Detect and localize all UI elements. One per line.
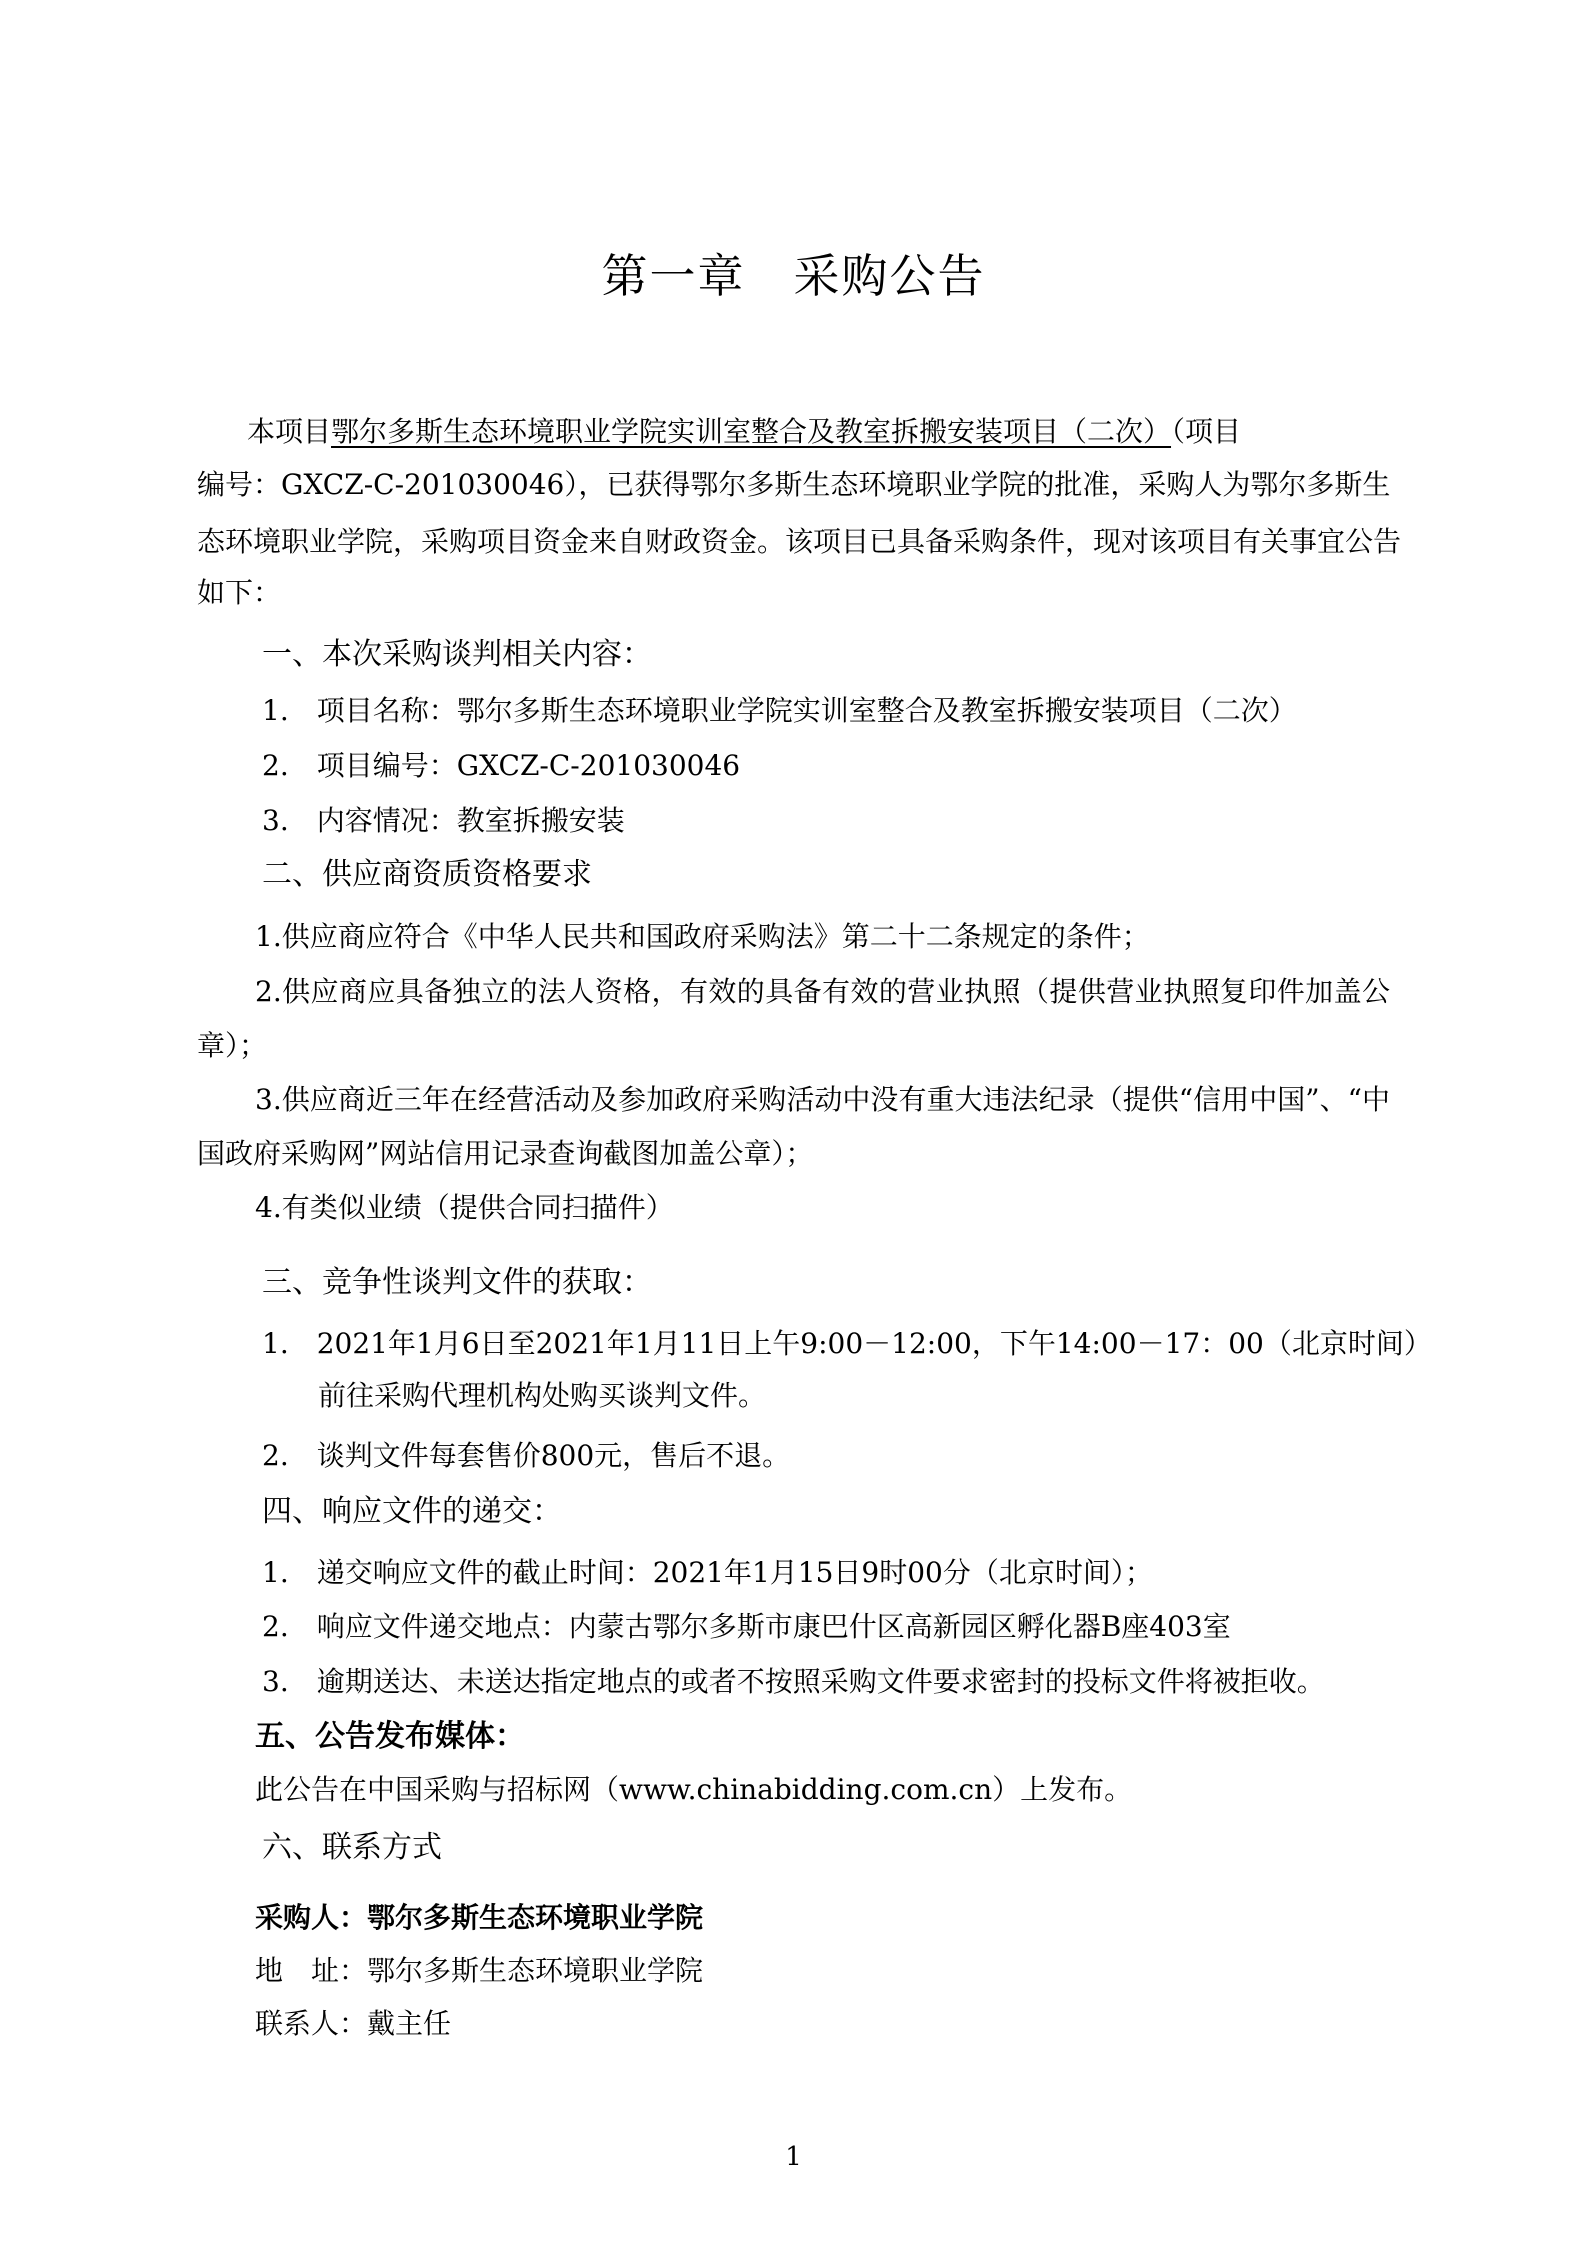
list-item: 3.供应商近三年在经营活动及参加政府采购活动中没有重大违法纪录（提供“信用中国”… <box>255 1083 1390 1117</box>
list-item: 2. 项目编号：GXCZ-C-201030046 <box>262 749 740 783</box>
list-item: 2. 谈判文件每套售价800元，售后不退。 <box>262 1439 790 1473</box>
section-heading-4: 四、响应文件的递交： <box>262 1495 562 1529</box>
project-name-underlined: 鄂尔多斯生态环境职业学院实训室整合及教室拆搬安装项目（二次） <box>331 415 1171 448</box>
list-item: 1. 2021年1月6日至2021年1月11日上午9:00－12:00，下午14… <box>262 1327 1390 1361</box>
intro-line-2: 编号：GXCZ-C-201030046），已获得鄂尔多斯生态环境职业学院的批准，… <box>197 468 1387 502</box>
list-item: 1. 项目名称：鄂尔多斯生态环境职业学院实训室整合及教室拆搬安装项目（二次） <box>262 694 1297 728</box>
list-item: 3. 内容情况：教室拆搬安装 <box>262 804 625 838</box>
section-heading-3: 三、竞争性谈判文件的获取： <box>262 1266 652 1300</box>
list-item: 4.有类似业绩（提供合同扫描件） <box>255 1191 674 1225</box>
list-item: 2. 响应文件递交地点：内蒙古鄂尔多斯市康巴什区高新园区孵化器B座403室 <box>262 1610 1231 1644</box>
page-number: 1 <box>0 2142 1587 2172</box>
intro-line-3: 态环境职业学院，采购项目资金来自财政资金。该项目已具备采购条件，现对该项目有关事… <box>197 525 1387 559</box>
intro-line-1: 本项目鄂尔多斯生态环境职业学院实训室整合及教室拆搬安装项目（二次）（项目 <box>247 415 1241 449</box>
purchaser-line: 采购人：鄂尔多斯生态环境职业学院 <box>255 1901 703 1935</box>
list-item: 3. 逾期送达、未送达指定地点的或者不按照采购文件要求密封的投标文件将被拒收。 <box>262 1665 1325 1699</box>
section-heading-1: 一、本次采购谈判相关内容： <box>262 638 652 672</box>
list-item: 2.供应商应具备独立的法人资格，有效的具备有效的营业执照（提供营业执照复印件加盖… <box>255 975 1390 1009</box>
intro-prefix: 本项目 <box>247 415 331 448</box>
publication-notice: 此公告在中国采购与招标网（www.chinabidding.com.cn）上发布… <box>255 1773 1132 1807</box>
list-item-continuation: 前往采购代理机构处购买谈判文件。 <box>318 1379 766 1413</box>
list-item: 1. 递交响应文件的截止时间：2021年1月15日9时00分（北京时间）； <box>262 1556 1153 1590</box>
intro-line-4: 如下： <box>197 576 281 610</box>
intro-suffix: （项目 <box>1171 415 1241 448</box>
list-item-continuation: 国政府采购网”网站信用记录查询截图加盖公章）； <box>197 1137 813 1171</box>
section-heading-5: 五、公告发布媒体： <box>255 1720 525 1754</box>
section-heading-2: 二、供应商资质资格要求 <box>262 858 592 892</box>
list-item: 1.供应商应符合《中华人民共和国政府采购法》第二十二条规定的条件； <box>255 920 1150 954</box>
list-item-continuation: 章）； <box>197 1029 267 1063</box>
address-line: 地 址：鄂尔多斯生态环境职业学院 <box>255 1954 703 1988</box>
contact-line: 联系人：戴主任 <box>255 2007 451 2041</box>
page-title: 第一章 采购公告 <box>0 248 1587 304</box>
section-heading-6: 六、联系方式 <box>262 1831 442 1865</box>
